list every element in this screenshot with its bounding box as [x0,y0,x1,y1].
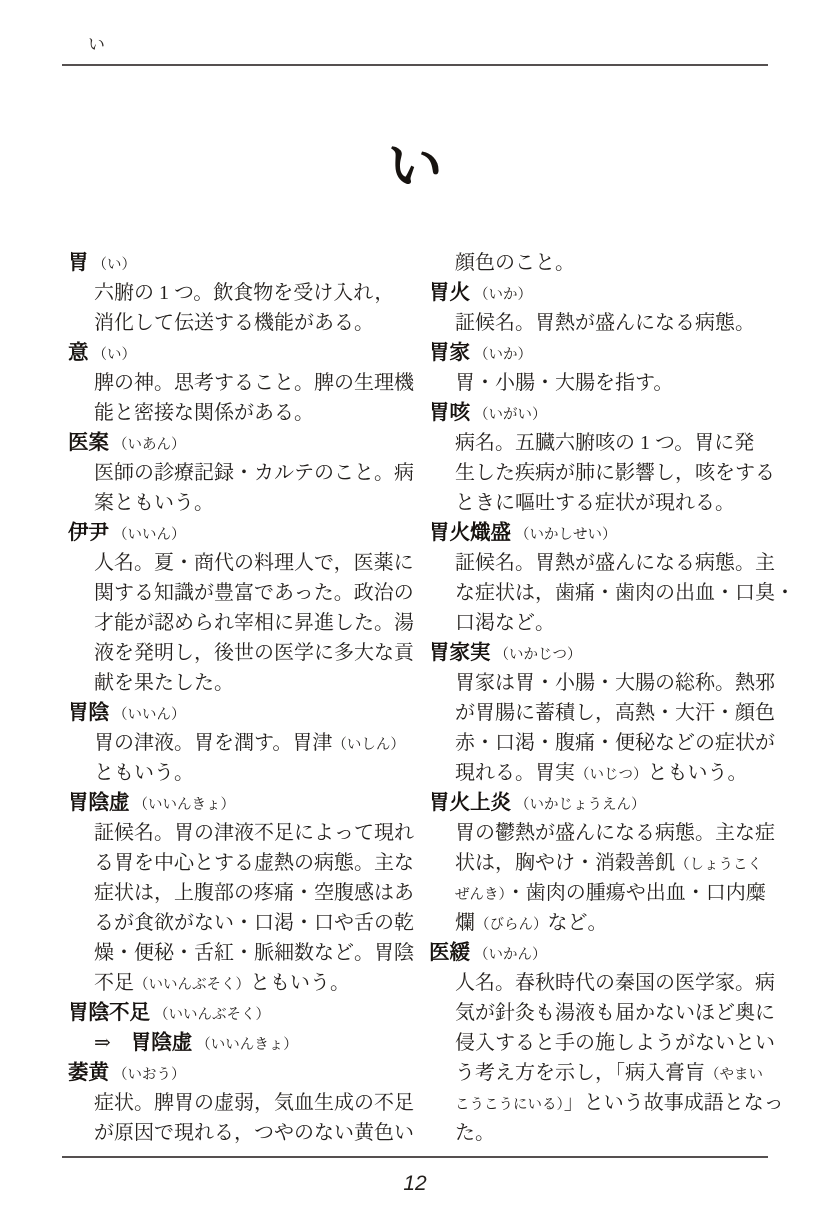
reading-text: （いいんぶそく） [154,1007,270,1023]
reading-text: （いいん） [113,527,186,543]
inline-reading-text: ぜんき） [455,887,506,903]
headword-text: 胃火上炎 [429,791,511,814]
body-text: 証候名。胃熱が盛んになる病態。 [455,312,755,334]
entry-body-line: 侵入すると手の施しようがないとい [429,1028,774,1058]
body-text: 胃家は胃・小腸・大腸の総称。熱邪 [455,672,775,694]
entry-headword-line: 胃陰（いいん） [68,698,413,728]
entry-body-line: ⇒ 胃陰虚（いいんきょ） [68,1028,413,1058]
body-text: など。 [548,912,608,934]
entry-body-line: 胃の鬱熱が盛んになる病態。主な症 [429,818,774,848]
body-text: ともいう。 [648,762,748,784]
headword-text: 胃家 [429,341,470,364]
headword-text: 伊尹 [68,521,109,544]
body-text: 胃・小腸・大腸を指す。 [455,372,673,394]
entry-body-line: 証候名。胃の津液不足によって現れ [68,818,413,848]
body-text: 医師の診療記録・カルテのこと。病 [94,462,414,484]
entry-body-line: 現れる。胃実（いじつ）ともいう。 [429,758,774,788]
body-text: 病名。五臓六腑咳の 1 つ。胃に発 [455,432,754,454]
entry-body-line: ぜんき）・歯肉の腫瘍や出血・口内糜 [429,878,774,908]
body-text: 燥・便秘・舌紅・脈細数など。胃陰 [94,942,414,964]
entry-headword-line: 胃陰虚（いいんきょ） [68,788,413,818]
entry-body-line: が原因で現れる，つやのない黄色い [68,1118,413,1148]
entry-body-line: た。 [429,1118,774,1148]
body-text: 侵入すると手の施しようがないとい [455,1032,775,1054]
entry-body-line: 燥・便秘・舌紅・脈細数など。胃陰 [68,938,413,968]
page-number: 12 [0,1172,830,1196]
headword-text: 医案 [68,431,109,454]
body-text: 液を発明し，後世の医学に多大な貢 [94,642,414,664]
entry-body-line: 人名。春秋時代の秦国の医学家。病 [429,968,774,998]
entry-body-line: 証候名。胃熱が盛んになる病態。主 [429,548,774,578]
entry-headword-line: 萎黄（いおう） [68,1058,413,1088]
headword-text: 胃家実 [429,641,491,664]
entry-headword-line: 胃火熾盛（いかしせい） [429,518,774,548]
entry-headword-line: 医緩（いかん） [429,938,774,968]
body-text: 証候名。胃熱が盛んになる病態。主 [455,552,775,574]
entry-body-line: 赤・口渇・腹痛・便秘などの症状が [429,728,774,758]
entry-headword-line: 胃家（いか） [429,338,774,368]
entry-columns: 胃（い）六腑の 1 つ。飲食物を受け入れ，消化して伝送する機能がある。意（い）脾… [68,248,774,1148]
body-text: 症状は，上腹部の疼痛・空腹感はあ [94,882,414,904]
entry-headword-line: 意（い） [68,338,413,368]
body-text: 顔色のこと。 [455,252,575,274]
body-text: た。 [455,1122,495,1144]
reading-text: （いか） [474,347,532,363]
entry-body-line: 案ともいう。 [68,488,413,518]
headword-text: 胃陰虚 [68,791,130,814]
entry-body-line: が胃腸に蓄積し，高熱・大汗・顔色 [429,698,774,728]
body-text: が胃腸に蓄積し，高熱・大汗・顔色 [455,702,775,724]
entry-body-line: 脾の神。思考すること。脾の生理機 [68,368,413,398]
entry-body-line: 胃の津液。胃を潤す。胃津（いしん） [68,728,413,758]
body-text: 不足 [94,972,134,994]
header-rule [62,64,768,66]
entry-headword-line: 伊尹（いいん） [68,518,413,548]
inline-reading-text: こうこうにいる） [455,1097,564,1113]
dictionary-page: い い 胃（い）六腑の 1 つ。飲食物を受け入れ，消化して伝送する機能がある。意… [0,0,830,1228]
body-text: 才能が認められ宰相に昇進した。湯 [94,612,414,634]
reading-text: （い） [93,257,137,273]
entry-body-line: 爛（びらん）など。 [429,908,774,938]
inline-reading-text: （いしん） [332,737,405,753]
headword-text: 胃陰 [68,701,109,724]
entry-body-line: 病名。五臓六腑咳の 1 つ。胃に発 [429,428,774,458]
body-text: ともいう。 [250,972,350,994]
reading-text: （いいんきょ） [134,797,236,813]
entry-body-line: 口渇など。 [429,608,774,638]
body-text: るが食欲がない・口渇・口や舌の乾 [94,912,414,934]
headword-text: 胃 [68,251,89,274]
reading-text: （いあん） [113,437,186,453]
inline-reading-text: （びらん） [475,917,548,933]
running-head: い [88,30,105,55]
reading-text: （いかん） [474,947,547,963]
headword-text: 胃陰虚 [131,1031,193,1054]
body-text: ・歯肉の腫瘍や出血・口内糜 [506,882,766,904]
body-text: 症状。脾胃の虚弱，気血生成の不足 [94,1092,414,1114]
entry-headword-line: 胃陰不足（いいんぶそく） [68,998,413,1028]
entry-body-line: 献を果たした。 [68,668,413,698]
body-text: 人名。夏・商代の料理人で，医薬に [94,552,414,574]
reading-text: （いか） [474,287,532,303]
inline-reading-text: （いじつ） [575,767,648,783]
body-text: 能と密接な関係がある。 [94,402,314,424]
entry-body-line: 消化して伝送する機能がある。 [68,308,413,338]
inline-reading-text: （やまい [705,1067,763,1083]
entry-body-line: 生した疾病が肺に影響し，咳をする [429,458,774,488]
entry-body-line: 六腑の 1 つ。飲食物を受け入れ， [68,278,413,308]
entry-body-line: 気が針灸も湯液も届かないほど奥に [429,998,774,1028]
headword-text: 胃咳 [429,401,470,424]
entry-body-line: 状は，胸やけ・消穀善飢（しょうこく [429,848,774,878]
inline-reading-text: （いいんぶそく） [134,977,250,993]
body-text: 気が針灸も湯液も届かないほど奥に [455,1002,775,1024]
body-text: 人名。春秋時代の秦国の医学家。病 [455,972,775,994]
body-text: 胃の鬱熱が盛んになる病態。主な症 [455,822,775,844]
entry-body-line: 人名。夏・商代の料理人で，医薬に [68,548,413,578]
entry-headword-line: 胃火（いか） [429,278,774,308]
entry-body-line: 胃家は胃・小腸・大腸の総称。熱邪 [429,668,774,698]
reading-text: （いおう） [113,1067,186,1083]
body-text: 赤・口渇・腹痛・便秘などの症状が [455,732,775,754]
entry-body-line: 液を発明し，後世の医学に多大な貢 [68,638,413,668]
footer-rule [62,1156,768,1158]
headword-text: 萎黄 [68,1061,109,1084]
body-text: が原因で現れる，つやのない黄色い [94,1122,414,1144]
body-text: 献を果たした。 [94,672,234,694]
entry-body-line: ともいう。 [68,758,413,788]
headword-text: 胃火 [429,281,470,304]
body-text: 脾の神。思考すること。脾の生理機 [94,372,414,394]
reading-text: （いいん） [113,707,186,723]
section-title: い [0,122,830,201]
entry-body-line: 症状は，上腹部の疼痛・空腹感はあ [68,878,413,908]
body-text: 案ともいう。 [94,492,214,514]
body-text: 消化して伝送する機能がある。 [94,312,374,334]
column-right: 顔色のこと。胃火（いか）証候名。胃熱が盛んになる病態。胃家（いか）胃・小腸・大腸… [429,248,774,1148]
body-text: 証候名。胃の津液不足によって現れ [94,822,414,844]
body-text: ともいう。 [94,762,194,784]
body-text: る胃を中心とする虚熱の病態。主な [94,852,414,874]
entry-body-line: こうこうにいる）」という故事成語となっ [429,1088,774,1118]
entry-body-line: るが食欲がない・口渇・口や舌の乾 [68,908,413,938]
entry-body-line: ときに嘔吐する症状が現れる。 [429,488,774,518]
body-text: ⇒ [94,1032,131,1054]
entry-body-line: る胃を中心とする虚熱の病態。主な [68,848,413,878]
body-text: 六腑の 1 つ。飲食物を受け入れ， [94,282,394,304]
reading-text: （いかじつ） [495,647,582,663]
headword-text: 意 [68,341,89,364]
body-text: ときに嘔吐する症状が現れる。 [455,492,735,514]
entry-headword-line: 胃家実（いかじつ） [429,638,774,668]
inline-reading-text: （しょうこく [675,857,762,873]
reading-text: （いかじょうえん） [515,797,646,813]
entry-body-line: な症状は，歯痛・歯肉の出血・口臭・ [429,578,774,608]
body-text: う考え方を示し，「病入膏肓 [455,1062,705,1084]
body-text: 口渇など。 [455,612,555,634]
body-text: 」という故事成語となっ [564,1092,784,1114]
body-text: 爛 [455,912,475,934]
headword-text: 医緩 [429,941,470,964]
headword-text: 胃火熾盛 [429,521,511,544]
headword-text: 胃陰不足 [68,1001,150,1024]
entry-headword-line: 胃咳（いがい） [429,398,774,428]
entry-headword-line: 胃火上炎（いかじょうえん） [429,788,774,818]
body-text: 関する知識が豊富であった。政治の [94,582,414,604]
body-text: 生した疾病が肺に影響し，咳をする [455,462,775,484]
entry-body-line: 医師の診療記録・カルテのこと。病 [68,458,413,488]
entry-body-line: 能と密接な関係がある。 [68,398,413,428]
entry-body-line: 症状。脾胃の虚弱，気血生成の不足 [68,1088,413,1118]
entry-headword-line: 医案（いあん） [68,428,413,458]
entry-body-line: 才能が認められ宰相に昇進した。湯 [68,608,413,638]
entry-body-line: 顔色のこと。 [429,248,774,278]
body-text: 胃の津液。胃を潤す。胃津 [94,732,332,754]
body-text: な症状は，歯痛・歯肉の出血・口臭・ [455,582,795,604]
entry-body-line: 不足（いいんぶそく）ともいう。 [68,968,413,998]
reading-text: （いかしせい） [515,527,617,543]
reading-text: （いがい） [474,407,547,423]
reading-text: （いいんきょ） [196,1037,298,1053]
reading-text: （い） [93,347,137,363]
entry-headword-line: 胃（い） [68,248,413,278]
body-text: 現れる。胃実 [455,762,575,784]
column-left: 胃（い）六腑の 1 つ。飲食物を受け入れ，消化して伝送する機能がある。意（い）脾… [68,248,413,1148]
entry-body-line: 胃・小腸・大腸を指す。 [429,368,774,398]
body-text: 状は，胸やけ・消穀善飢 [455,852,675,874]
entry-body-line: う考え方を示し，「病入膏肓（やまい [429,1058,774,1088]
entry-body-line: 証候名。胃熱が盛んになる病態。 [429,308,774,338]
entry-body-line: 関する知識が豊富であった。政治の [68,578,413,608]
